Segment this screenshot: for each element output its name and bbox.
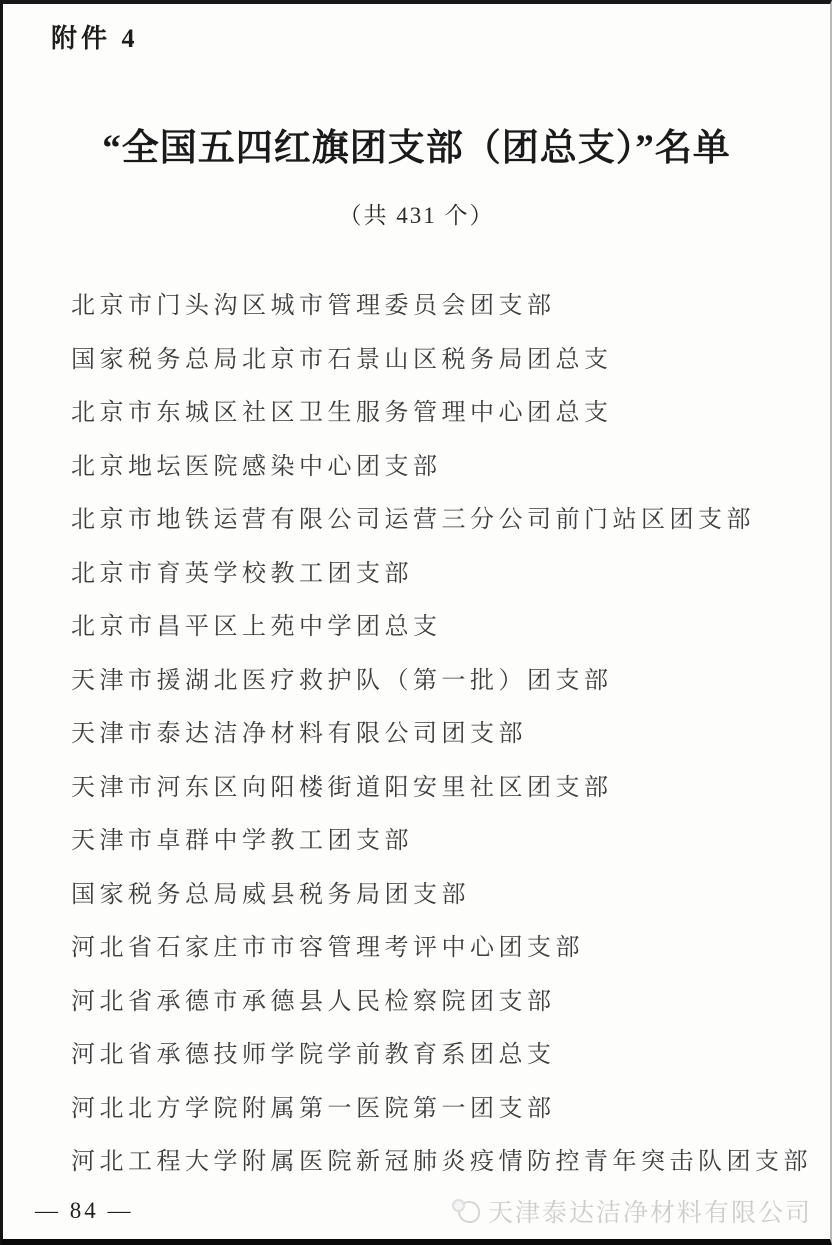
company-watermark: 天津泰达洁净材料有限公司: [450, 1193, 812, 1229]
list-item: 河北省石家庄市市容管理考评中心团支部: [71, 922, 830, 976]
list-item: 河北省承德技师学院学前教育系团总支: [71, 1029, 830, 1083]
list-item: 国家税务总局北京市石景山区税务局团总支: [71, 334, 830, 388]
company-logo-icon: [450, 1199, 480, 1223]
attachment-label: 附件 4: [51, 18, 830, 55]
document-page: 附件 4 “全国五四红旗团支部（团总支）”名单 （共 431 个） 北京市门头沟…: [0, 0, 832, 1245]
list-item: 北京市地铁运营有限公司运营三分公司前门站区团支部: [71, 494, 830, 548]
list-item: 天津市河东区向阳楼街道阳安里社区团支部: [71, 762, 830, 816]
list-item: 北京市育英学校教工团支部: [71, 548, 830, 602]
list-item: 河北工程大学附属医院新冠肺炎疫情防控青年突击队团支部: [71, 1136, 830, 1190]
page-footer: — 84 — 天津泰达洁净材料有限公司: [3, 1191, 830, 1231]
list-item: 天津市援湖北医疗救护队（第一批）团支部: [71, 655, 830, 709]
watermark-text: 天津泰达洁净材料有限公司: [488, 1193, 812, 1229]
list-item: 北京市东城区社区卫生服务管理中心团总支: [71, 387, 830, 441]
list-item: 北京市门头沟区城市管理委员会团支部: [71, 280, 830, 334]
list-item: 河北省承德市承德县人民检察院团支部: [71, 976, 830, 1030]
list-item: 北京地坛医院感染中心团支部: [71, 441, 830, 495]
list-item: 北京市昌平区上苑中学团总支: [71, 601, 830, 655]
list-item: 河北北方学院附属第一医院第一团支部: [71, 1083, 830, 1137]
list-item: 国家税务总局威县税务局团支部: [71, 869, 830, 923]
list-item: 天津市泰达洁净材料有限公司团支部: [71, 708, 830, 762]
document-title: “全国五四红旗团支部（团总支）”名单: [3, 117, 830, 171]
document-subtitle: （共 431 个）: [3, 197, 830, 230]
list-item: 天津市卓群中学教工团支部: [71, 815, 830, 869]
page-number: — 84 —: [35, 1198, 134, 1224]
branch-name-list: 北京市门头沟区城市管理委员会团支部国家税务总局北京市石景山区税务局团总支北京市东…: [3, 280, 830, 1190]
